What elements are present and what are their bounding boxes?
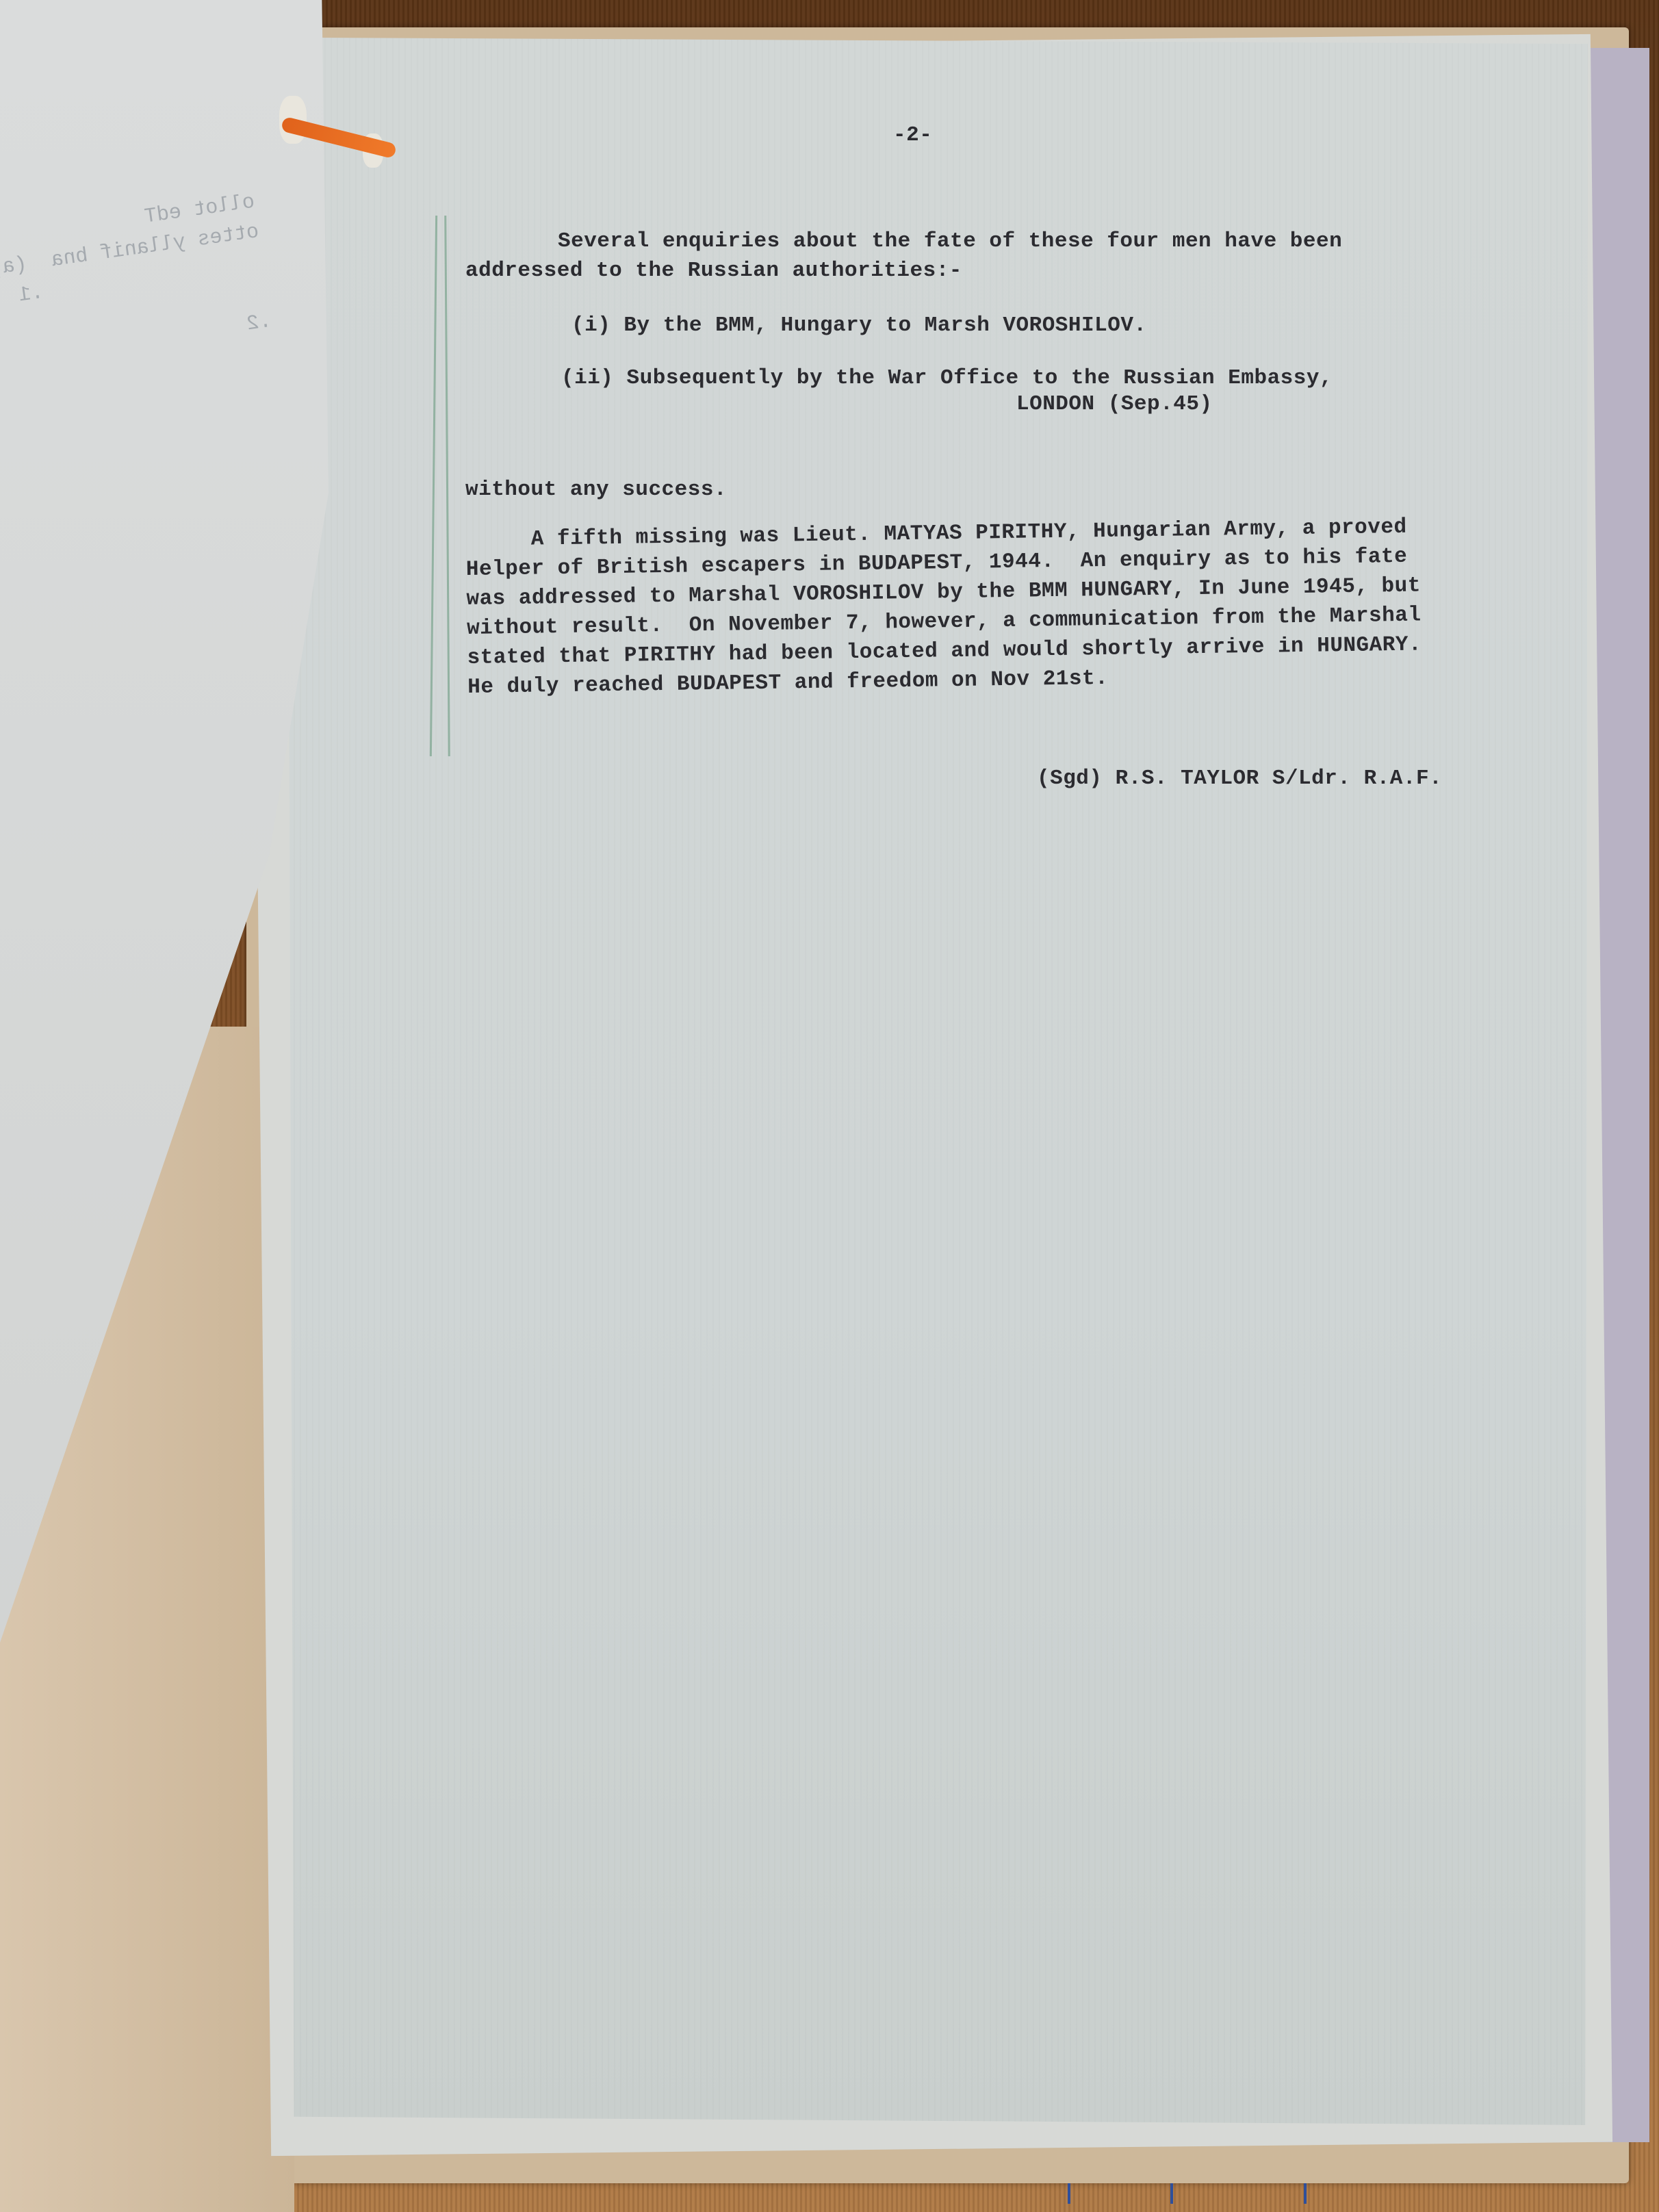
pencil-margin-line <box>430 216 437 756</box>
paragraph-3: A fifth missing was Lieut. MATYAS PIRITH… <box>465 513 1422 702</box>
bleed-through-text: ollot edT ottes yllanif bna (a) .1 .2 <box>0 188 273 374</box>
list-item: (i) By the BMM, Hungary to Marsh VOROSHI… <box>571 313 1147 337</box>
paragraph-1-line-1: Several enquiries about the fate of thes… <box>558 229 1342 253</box>
paragraph-1-line-2: addressed to the Russian authorities:- <box>465 259 962 283</box>
list-item: (ii) Subsequently by the War Office to t… <box>561 366 1333 390</box>
blue-pencil-mark <box>1304 2183 1307 2204</box>
blue-pencil-mark <box>1068 2183 1070 2204</box>
paragraph-2: without any success. <box>465 478 727 502</box>
signature: (Sgd) R.S. TAYLOR S/Ldr. R.A.F. <box>1037 767 1442 790</box>
page-number: -2- <box>893 123 932 147</box>
list-item-continuation: LONDON (Sep.45) <box>1016 392 1213 416</box>
typed-page <box>287 38 1588 2125</box>
blue-pencil-mark <box>1170 2183 1173 2204</box>
pencil-margin-line <box>444 216 450 756</box>
